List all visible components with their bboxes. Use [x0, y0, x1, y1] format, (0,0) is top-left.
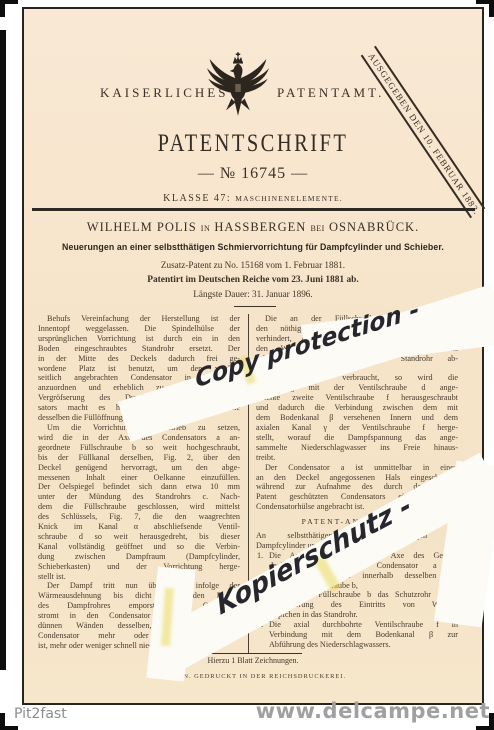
text-line: messenen Inhalt einer Oelkanne einzufüll… [38, 473, 240, 483]
text-line: des Schlüssels, Fig. 7, die den waagrech… [38, 512, 240, 522]
text-line: stellt ist. [38, 572, 240, 582]
claim-number: 1. [257, 551, 263, 561]
document-title: PATENTSCHRIFT [65, 130, 441, 158]
text-line: Der Dampf tritt nun über den infolge der [38, 581, 240, 591]
text-line: dem Bodenkanal β versehenen Innern und d… [256, 413, 458, 423]
inventor-place: HASSBERGEN [214, 220, 306, 234]
imperial-eagle-icon [205, 51, 271, 121]
text-line: Abführung des Niederschlagwassers. [256, 640, 458, 650]
seller-watermark: Pit2fast [14, 706, 67, 722]
text-line: 3.Die axial durchbohrte Ventilschraube f… [256, 620, 458, 630]
text-line: treibt. [256, 453, 458, 463]
text-line: Wärmeausdehnung bis dicht unter den Deck… [38, 591, 240, 601]
text-line: Boden eingeschraubtes Standrohr ersetzt.… [38, 344, 240, 354]
text-line: bis der Füllkanal derselben, Fig. 2, übe… [38, 453, 240, 463]
class-label: KLASSE 47: [163, 193, 231, 204]
text-line: Kanal vollständig geöffnet und so die Ve… [38, 542, 240, 552]
text-line: Der Oelspiegel befindet sich dann etwa 1… [38, 482, 240, 492]
addendum-note: Zusatz-Patent zu No. 15168 vom 1. Februa… [24, 260, 482, 270]
section-divider [234, 306, 276, 307]
scan-edge-bar [0, 30, 6, 670]
text-line: Verbindung mit dem Bodenkanal β zur [256, 630, 458, 640]
site-watermark: www.delcampe.net [256, 699, 490, 723]
text-line: axialen Kanal γ der Ventilschraube f her… [256, 423, 458, 433]
patent-number: — № 16745 — [24, 165, 482, 183]
in-word: IN [201, 224, 210, 233]
text-line: Schieberkasten) und der Vorrichtung herg… [38, 562, 240, 572]
text-line: brachte zweite Ventilschraube f herausge… [256, 393, 458, 403]
scanned-patent-photo: KAISERLICHES PATENT [0, 0, 494, 730]
office-name-right: PATENTAMT. [277, 85, 384, 101]
header-rule [32, 208, 475, 211]
text-line: ursprünglichen Vorrichtung ist durch ein… [38, 334, 240, 344]
scan-corner-mark [476, 713, 494, 730]
inventor-name: WILHELM POLIS [87, 220, 197, 234]
text-line: dem die Füllschraube geschlossen, wird m… [38, 502, 240, 512]
inventor-line: WILHELM POLIS IN HASSBERGEN BEI OSNABRÜC… [24, 220, 482, 235]
class-value: MASCHINENELEMENTE. [235, 194, 343, 203]
sheet-note: Hierzu 1 Blatt Zeichnungen. [24, 656, 482, 665]
scan-corner-mark [0, 0, 18, 17]
printer-note: BERLIN. GEDRUCKT IN DER REICHSDRUCKEREI. [24, 673, 482, 680]
text-line: und dadurch die Verbindung zwischen dem … [256, 403, 458, 413]
text-line: schraube d so weit herausgedreht, bis di… [38, 532, 240, 542]
text-line: stellt, worauf die Dampfspannung das ang… [256, 433, 458, 443]
text-line: dung zwischen Dampfraum (Dampfcylinder, [38, 552, 240, 562]
scan-corner-mark [0, 713, 18, 730]
text-line: Innentopf weggelassen. Die Spindelhülse … [38, 324, 240, 334]
text-line: Deckel genügend hervorragt, um den abge- [38, 463, 240, 473]
text-line: Knick im Kanal α abschliefsende Ventil- [38, 522, 240, 532]
text-line: geordnete Füllschraube b so weit hochges… [38, 443, 240, 453]
inventor-city: OSNABRÜCK. [329, 220, 419, 234]
class-line: KLASSE 47: MASCHINENELEMENTE. [24, 193, 482, 204]
bei-word: BEI [310, 224, 324, 233]
text-line: Der Condensator a ist unmittelbar in ein… [256, 463, 458, 473]
text-line: unter der Mündung des Standrohrs c. Nach… [38, 492, 240, 502]
patented-note: Patentirt im Deutschen Reiche vom 23. Ju… [24, 275, 482, 285]
invention-title: Neuerungen an einer selbstthätigen Schmi… [24, 242, 482, 252]
text-line: sammelte Niederschlagwasser ins Freie hi… [256, 443, 458, 453]
scan-corner-mark [476, 0, 494, 17]
text-line: Behufs Vereinfachung der Herstellung ist… [38, 314, 240, 324]
